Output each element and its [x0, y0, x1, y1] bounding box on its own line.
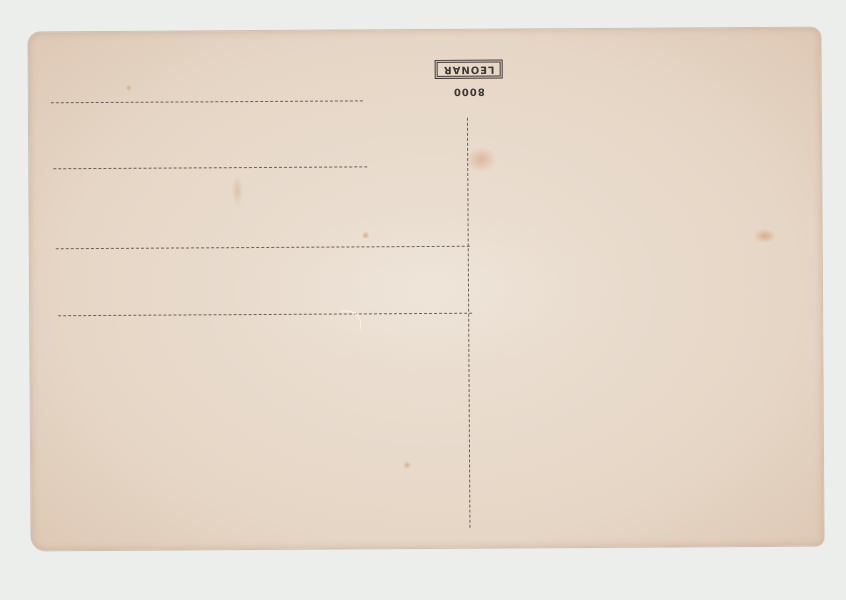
message-line-4 [58, 313, 472, 317]
message-line-2 [53, 166, 367, 169]
message-line-1 [51, 100, 363, 103]
publisher-brand-box: LEONAR [437, 62, 501, 77]
message-line-3 [56, 246, 470, 250]
postcard-back: 8000 LEONAR [28, 28, 823, 551]
publisher-imprint: 8000 LEONAR [433, 62, 505, 97]
center-divider [467, 118, 471, 528]
scan-background: 8000 LEONAR [0, 0, 846, 600]
embossed-mark [770, 328, 801, 518]
publisher-code: 8000 [433, 86, 505, 97]
